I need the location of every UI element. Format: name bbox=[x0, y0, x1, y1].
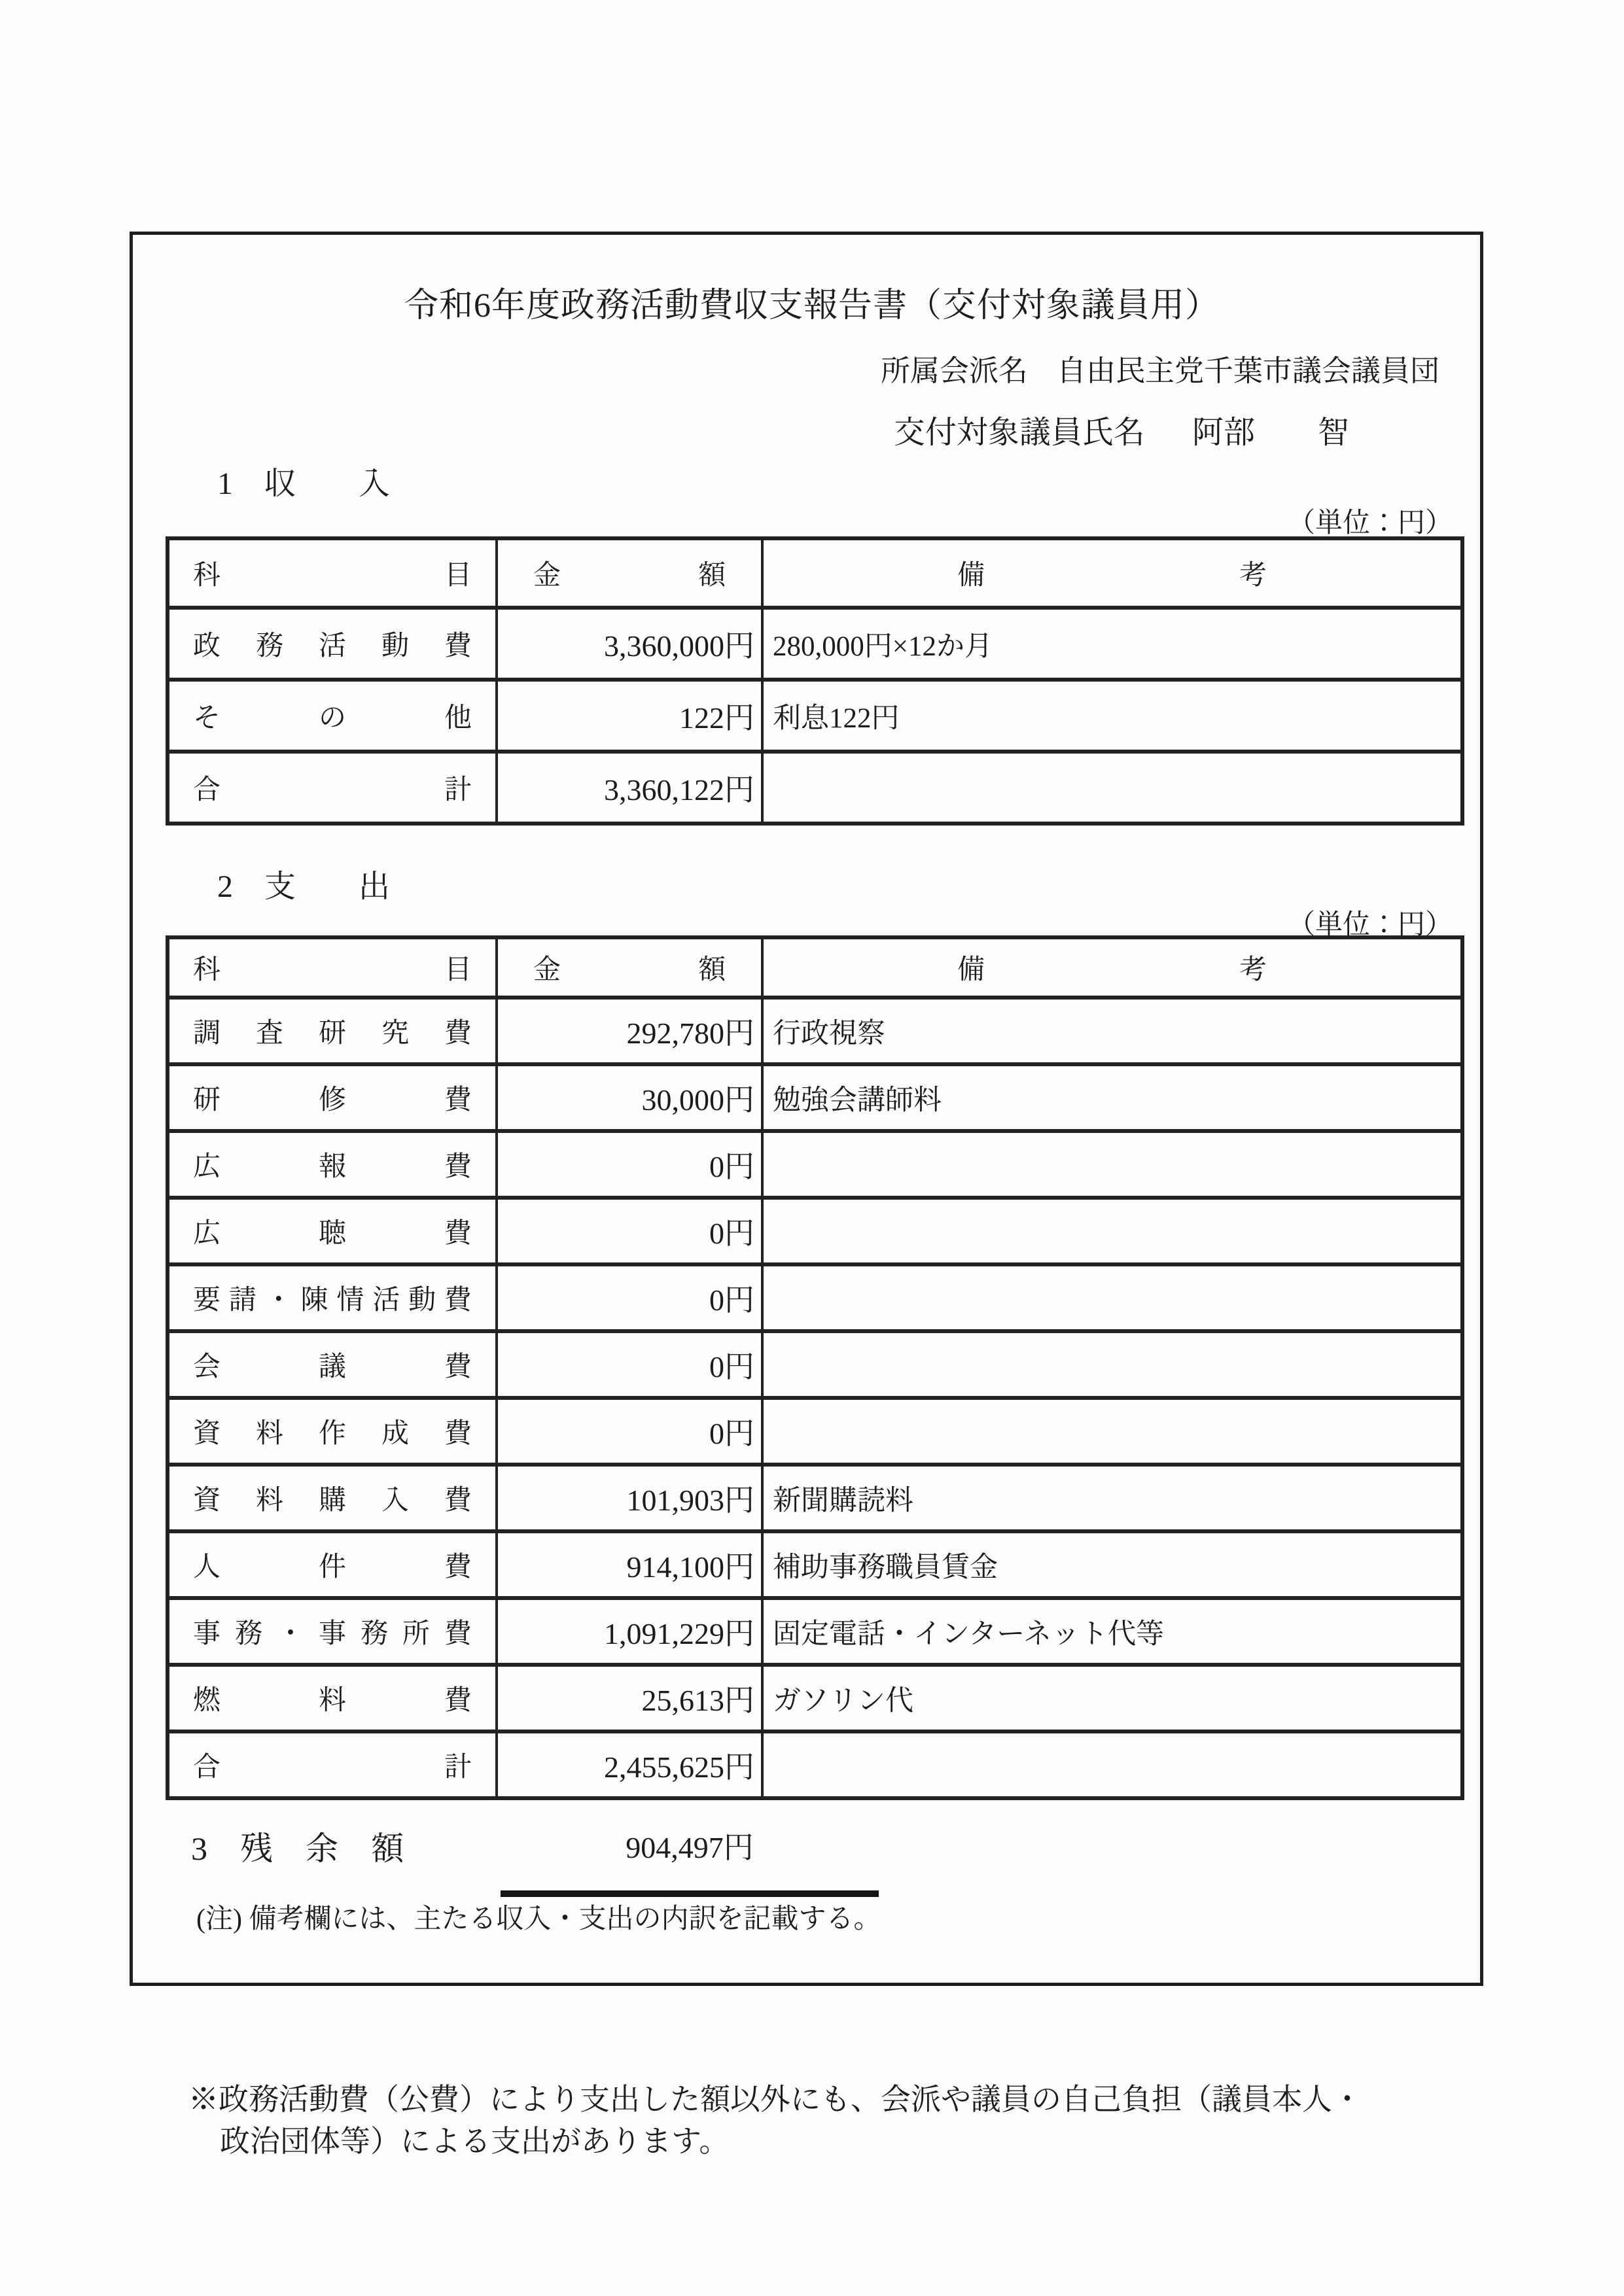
remark-cell: 固定電話・インターネット代等 bbox=[762, 1598, 1462, 1665]
expense-header-remark: 備考 bbox=[762, 937, 1462, 998]
amount-cell: 1,091,229円 bbox=[497, 1598, 762, 1665]
amount-cell: 25,613円 bbox=[497, 1665, 762, 1731]
scanned-report-page: 令和6年度政務活動費収支報告書（交付対象議員用） 所属会派名 自由民主党千葉市議… bbox=[0, 0, 1624, 2296]
income-table: 科目 金額 備考 政務活動費 3,360,000円 280,000円×12か月 … bbox=[166, 536, 1464, 826]
remark-cell: 勉強会講師料 bbox=[762, 1064, 1462, 1131]
account-cell: 人件費 bbox=[168, 1531, 497, 1598]
unit-note-income: （単位：円） bbox=[1288, 501, 1453, 540]
amount-cell: 914,100円 bbox=[497, 1531, 762, 1598]
table-row: 資料購入費 101,903円 新聞購読料 bbox=[168, 1465, 1462, 1531]
remark-cell bbox=[762, 1131, 1462, 1198]
account-cell: 調査研究費 bbox=[168, 998, 497, 1064]
table-row: 調査研究費 292,780円 行政視察 bbox=[168, 998, 1462, 1064]
remark-cell: 利息122円 bbox=[762, 680, 1462, 752]
account-cell: 合計 bbox=[168, 1731, 497, 1798]
remark-cell: ガソリン代 bbox=[762, 1665, 1462, 1731]
account-cell: 研修費 bbox=[168, 1064, 497, 1131]
table-row: 広聴費 0円 bbox=[168, 1198, 1462, 1264]
account-cell: 資料作成費 bbox=[168, 1398, 497, 1465]
remark-cell: 280,000円×12か月 bbox=[762, 608, 1462, 680]
amount-cell: 0円 bbox=[497, 1398, 762, 1465]
account-cell: 広報費 bbox=[168, 1131, 497, 1198]
member-line: 交付対象議員氏名 阿部 智 bbox=[894, 407, 1349, 452]
remark-cell bbox=[762, 1331, 1462, 1398]
income-header-remark: 備考 bbox=[762, 538, 1462, 608]
footnote: ※政務活動費（公費）により支出した額以外にも、会派や議員の自己負担（議員本人・ … bbox=[188, 2079, 1362, 2163]
remark-cell: 補助事務職員賃金 bbox=[762, 1531, 1462, 1598]
remark-cell bbox=[762, 752, 1462, 824]
remark-cell bbox=[762, 1398, 1462, 1465]
remark-note: (注) 備考欄には、主たる収入・支出の内訳を記載する。 bbox=[196, 1897, 881, 1936]
amount-cell: 0円 bbox=[497, 1198, 762, 1264]
expense-header-row: 科目 金額 備考 bbox=[168, 937, 1462, 998]
amount-cell: 122円 bbox=[497, 680, 762, 752]
amount-cell: 0円 bbox=[497, 1131, 762, 1198]
expense-header-amount: 金額 bbox=[497, 937, 762, 998]
account-cell: 燃料費 bbox=[168, 1665, 497, 1731]
footnote-line-2: 政治団体等）による支出があります。 bbox=[188, 2121, 1362, 2163]
table-row: 政務活動費 3,360,000円 280,000円×12か月 bbox=[168, 608, 1462, 680]
table-row: 資料作成費 0円 bbox=[168, 1398, 1462, 1465]
footnote-line-1: ※政務活動費（公費）により支出した額以外にも、会派や議員の自己負担（議員本人・ bbox=[188, 2079, 1362, 2121]
remark-cell bbox=[762, 1198, 1462, 1264]
amount-cell: 2,455,625円 bbox=[497, 1731, 762, 1798]
amount-cell: 3,360,000円 bbox=[497, 608, 762, 680]
table-row: 燃料費 25,613円 ガソリン代 bbox=[168, 1665, 1462, 1731]
remark-cell: 行政視察 bbox=[762, 998, 1462, 1064]
remainder-heading: 3 残 余 額 bbox=[191, 1822, 404, 1870]
income-header-row: 科目 金額 備考 bbox=[168, 538, 1462, 608]
affiliation-line: 所属会派名 自由民主党千葉市議会議員団 bbox=[881, 347, 1439, 389]
income-header-account: 科目 bbox=[168, 538, 497, 608]
member-value: 阿部 智 bbox=[1192, 407, 1349, 452]
amount-cell: 292,780円 bbox=[497, 998, 762, 1064]
amount-cell: 3,360,122円 bbox=[497, 752, 762, 824]
table-row: 合計 3,360,122円 bbox=[168, 752, 1462, 824]
table-row: 事務・事務所費 1,091,229円 固定電話・インターネット代等 bbox=[168, 1598, 1462, 1665]
affiliation-value: 自由民主党千葉市議会議員団 bbox=[1057, 347, 1439, 389]
table-row: 会議費 0円 bbox=[168, 1331, 1462, 1398]
remainder-amount: 904,497円 bbox=[501, 1824, 879, 1897]
account-cell: 合計 bbox=[168, 752, 497, 824]
affiliation-label: 所属会派名 bbox=[881, 347, 1028, 389]
account-cell: 会議費 bbox=[168, 1331, 497, 1398]
amount-cell: 101,903円 bbox=[497, 1465, 762, 1531]
account-cell: 広聴費 bbox=[168, 1198, 497, 1264]
amount-cell: 0円 bbox=[497, 1264, 762, 1331]
amount-cell: 0円 bbox=[497, 1331, 762, 1398]
table-row: その他 122円 利息122円 bbox=[168, 680, 1462, 752]
table-row: 広報費 0円 bbox=[168, 1131, 1462, 1198]
table-row: 研修費 30,000円 勉強会講師料 bbox=[168, 1064, 1462, 1131]
account-cell: 資料購入費 bbox=[168, 1465, 497, 1531]
table-row: 要請・陳情活動費 0円 bbox=[168, 1264, 1462, 1331]
remainder-amount-value: 904,497円 bbox=[626, 1831, 754, 1864]
amount-cell: 30,000円 bbox=[497, 1064, 762, 1131]
member-label: 交付対象議員氏名 bbox=[894, 407, 1145, 452]
document-title: 令和6年度政務活動費収支報告書（交付対象議員用） bbox=[0, 277, 1624, 326]
table-row: 合計 2,455,625円 bbox=[168, 1731, 1462, 1798]
expense-table: 科目 金額 備考 調査研究費 292,780円 行政視察 研修費 30,000円… bbox=[166, 935, 1464, 1800]
remark-cell bbox=[762, 1731, 1462, 1798]
account-cell: 事務・事務所費 bbox=[168, 1598, 497, 1665]
expense-section-heading: 2 支 出 bbox=[217, 861, 390, 906]
account-cell: その他 bbox=[168, 680, 497, 752]
income-header-amount: 金額 bbox=[497, 538, 762, 608]
account-cell: 要請・陳情活動費 bbox=[168, 1264, 497, 1331]
income-section-heading: 1 収 入 bbox=[217, 458, 390, 503]
remark-cell: 新聞購読料 bbox=[762, 1465, 1462, 1531]
expense-header-account: 科目 bbox=[168, 937, 497, 998]
remark-cell bbox=[762, 1264, 1462, 1331]
account-cell: 政務活動費 bbox=[168, 608, 497, 680]
table-row: 人件費 914,100円 補助事務職員賃金 bbox=[168, 1531, 1462, 1598]
